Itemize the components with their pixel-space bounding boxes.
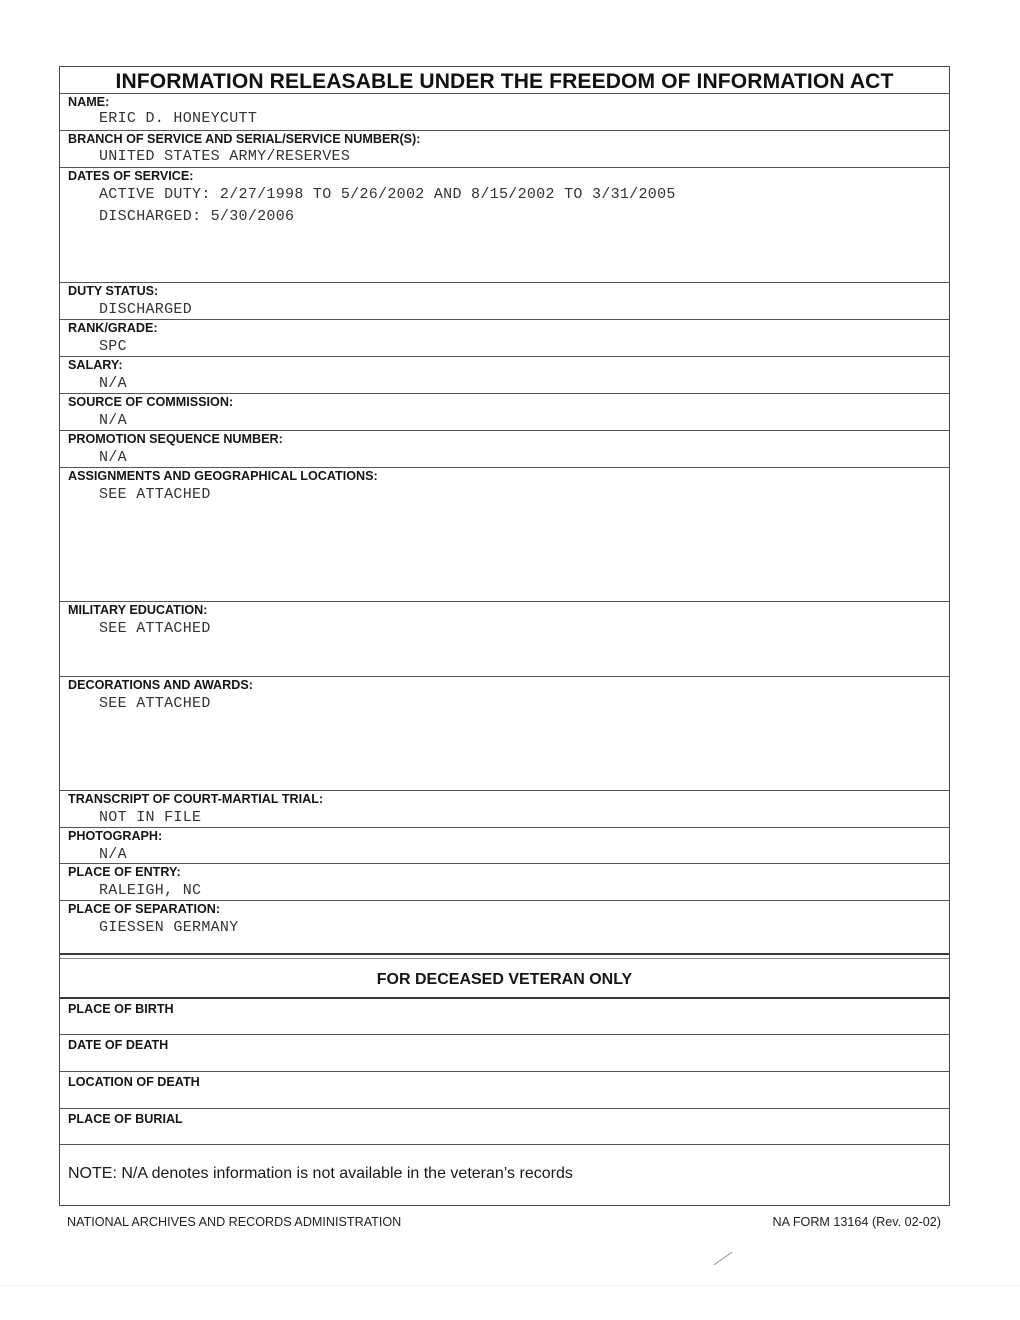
field-label: RANK/GRADE: [68, 321, 158, 336]
field-label: DUTY STATUS: [68, 284, 158, 299]
field-source-of-commission: SOURCE OF COMMISSION: N/A [60, 393, 949, 430]
field-value: SEE ATTACHED [99, 695, 211, 713]
field-value: SEE ATTACHED [99, 486, 211, 504]
field-label: LOCATION OF DEATH [68, 1075, 200, 1090]
field-label: PLACE OF SEPARATION: [68, 902, 220, 917]
pen-mark [714, 1252, 733, 1265]
field-label: NAME: [68, 95, 109, 110]
note-section: NOTE: N/A denotes information is not ava… [60, 1144, 949, 1206]
field-value-discharged: DISCHARGED: 5/30/2006 [99, 208, 294, 226]
field-label: PLACE OF BURIAL [68, 1112, 183, 1127]
field-name: NAME: ERIC D. HONEYCUTT [60, 93, 949, 130]
field-dates-of-service: DATES OF SERVICE: ACTIVE DUTY: 2/27/1998… [60, 167, 949, 282]
field-value: N/A [99, 412, 127, 430]
field-label: SOURCE OF COMMISSION: [68, 395, 233, 410]
field-label: DECORATIONS AND AWARDS: [68, 678, 253, 693]
field-label: BRANCH OF SERVICE AND SERIAL/SERVICE NUM… [68, 132, 420, 147]
deceased-field-date-of-death: DATE OF DEATH [60, 1034, 949, 1071]
field-decorations-awards: DECORATIONS AND AWARDS: SEE ATTACHED [60, 676, 949, 790]
field-label: PLACE OF ENTRY: [68, 865, 181, 880]
deceased-heading: FOR DECEASED VETERAN ONLY [60, 971, 949, 989]
note-text: NOTE: N/A denotes information is not ava… [68, 1165, 573, 1183]
field-value: RALEIGH, NC [99, 882, 201, 900]
field-value: NOT IN FILE [99, 809, 201, 827]
footer-form-id: NA FORM 13164 (Rev. 02-02) [773, 1215, 941, 1229]
field-military-education: MILITARY EDUCATION: SEE ATTACHED [60, 601, 949, 676]
field-label: DATES OF SERVICE: [68, 169, 194, 184]
field-place-of-separation: PLACE OF SEPARATION: GIESSEN GERMANY [60, 900, 949, 953]
deceased-field-location-of-death: LOCATION OF DEATH [60, 1071, 949, 1108]
field-court-martial: TRANSCRIPT OF COURT-MARTIAL TRIAL: NOT I… [60, 790, 949, 827]
field-value: ERIC D. HONEYCUTT [99, 110, 257, 128]
deceased-field-place-of-birth: PLACE OF BIRTH [60, 997, 949, 1034]
field-assignments: ASSIGNMENTS AND GEOGRAPHICAL LOCATIONS: … [60, 467, 949, 601]
field-branch: BRANCH OF SERVICE AND SERIAL/SERVICE NUM… [60, 130, 949, 167]
field-label: TRANSCRIPT OF COURT-MARTIAL TRIAL: [68, 792, 323, 807]
field-value-active-duty: ACTIVE DUTY: 2/27/1998 TO 5/26/2002 AND … [99, 186, 676, 204]
deceased-field-place-of-burial: PLACE OF BURIAL [60, 1108, 949, 1144]
field-label: ASSIGNMENTS AND GEOGRAPHICAL LOCATIONS: [68, 469, 378, 484]
foia-form: INFORMATION RELEASABLE UNDER THE FREEDOM… [59, 66, 950, 1206]
field-label: SALARY: [68, 358, 123, 373]
form-title: INFORMATION RELEASABLE UNDER THE FREEDOM… [69, 67, 940, 93]
field-label: MILITARY EDUCATION: [68, 603, 207, 618]
field-label: DATE OF DEATH [68, 1038, 168, 1053]
form-header: INFORMATION RELEASABLE UNDER THE FREEDOM… [60, 67, 949, 93]
field-value: N/A [99, 375, 127, 393]
field-value: N/A [99, 846, 127, 864]
field-photograph: PHOTOGRAPH: N/A [60, 827, 949, 863]
field-value: DISCHARGED [99, 301, 192, 319]
field-value: N/A [99, 449, 127, 467]
field-place-of-entry: PLACE OF ENTRY: RALEIGH, NC [60, 863, 949, 900]
field-value: SPC [99, 338, 127, 356]
field-rank-grade: RANK/GRADE: SPC [60, 319, 949, 356]
field-value: GIESSEN GERMANY [99, 919, 239, 937]
field-duty-status: DUTY STATUS: DISCHARGED [60, 282, 949, 319]
field-value: UNITED STATES ARMY/RESERVES [99, 148, 350, 166]
field-value: SEE ATTACHED [99, 620, 211, 638]
field-label: PROMOTION SEQUENCE NUMBER: [68, 432, 283, 447]
deceased-section-header: FOR DECEASED VETERAN ONLY [60, 958, 949, 998]
field-salary: SALARY: N/A [60, 356, 949, 393]
field-promotion-sequence: PROMOTION SEQUENCE NUMBER: N/A [60, 430, 949, 467]
footer-agency: NATIONAL ARCHIVES AND RECORDS ADMINISTRA… [67, 1215, 401, 1229]
scan-edge [0, 1285, 1020, 1286]
field-label: PLACE OF BIRTH [68, 1002, 174, 1017]
field-label: PHOTOGRAPH: [68, 829, 162, 844]
